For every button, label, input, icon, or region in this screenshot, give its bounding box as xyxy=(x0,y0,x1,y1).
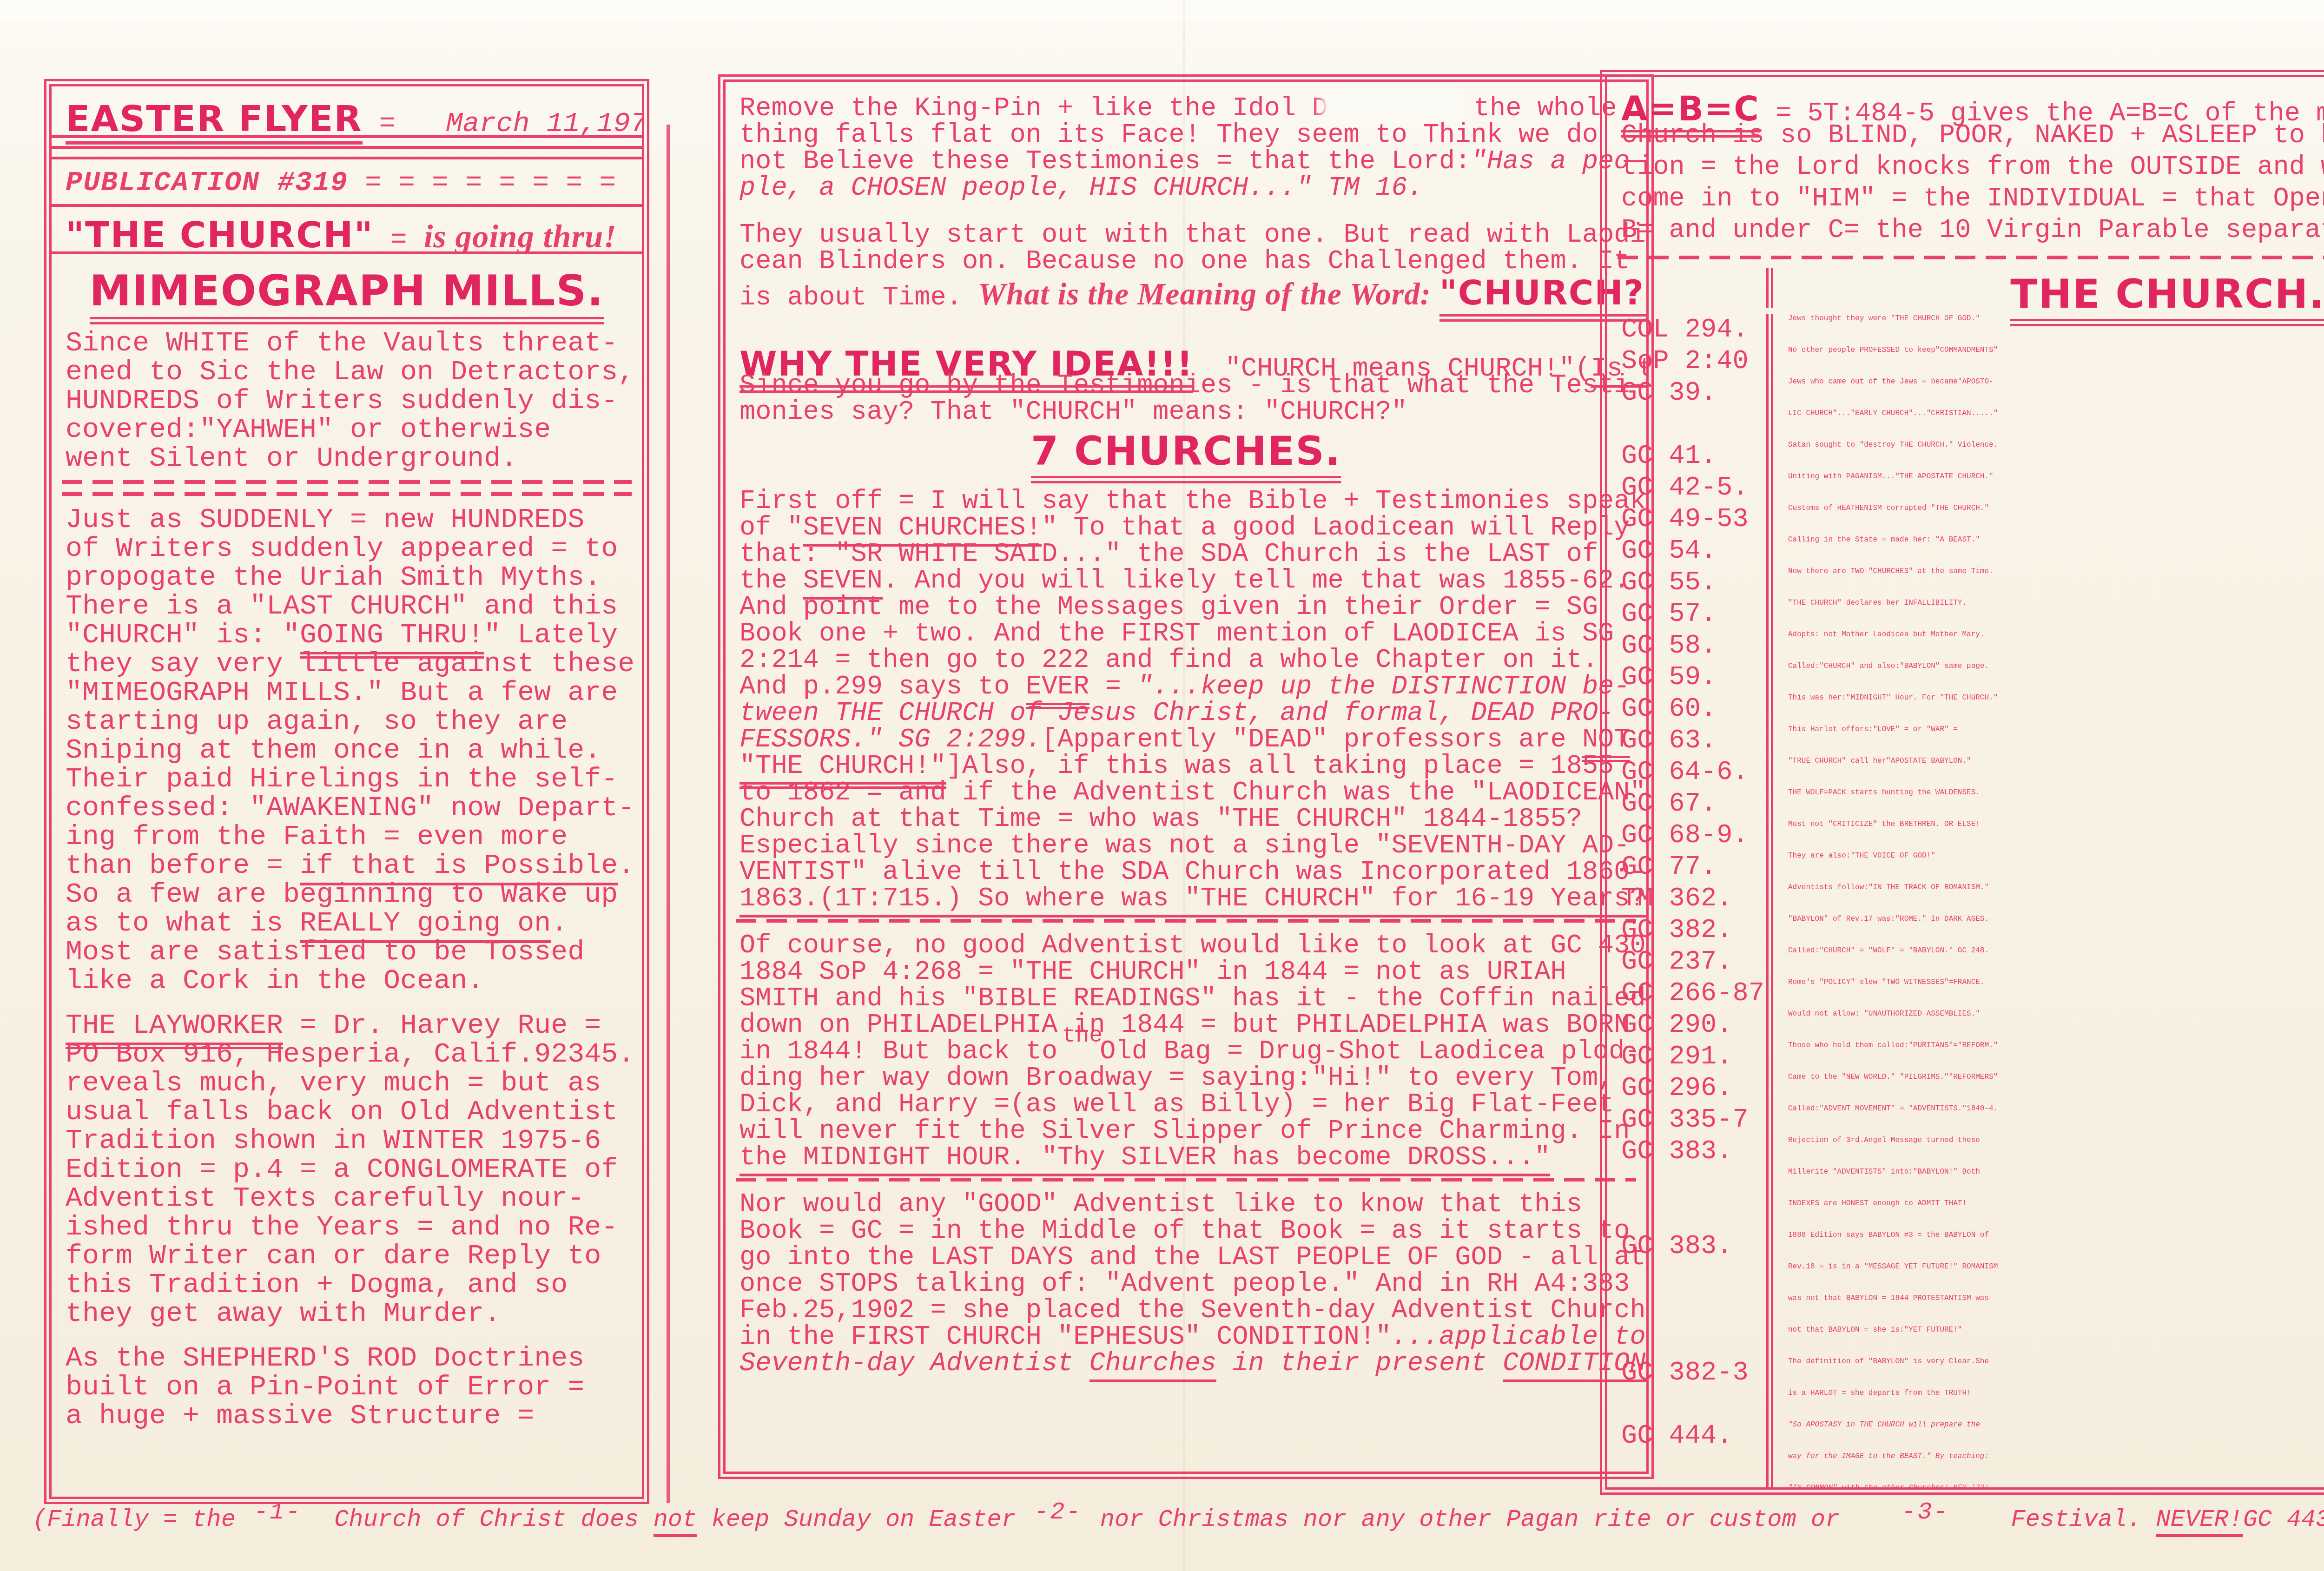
table-row: GC 382-3The definition of "BABYLON" is v… xyxy=(1621,1357,2324,1420)
text-segment: went Silent or Underground. xyxy=(66,443,517,475)
description-cell: Adopts: not Mother Laodicea but Mother M… xyxy=(1766,630,2324,662)
text-segment: They usually start out with that one. Bu… xyxy=(739,220,1654,250)
text-line: Sniping at them once in a while. xyxy=(66,735,628,764)
reference-cell: GC 383. xyxy=(1621,1231,1766,1357)
text-segment: "THE CHURCH" declares her INFALLIBILITY. xyxy=(1788,599,1967,607)
text-segment: of " xyxy=(739,513,803,543)
text-segment: 1863.(1T:715.) So where was "THE CHURCH"… xyxy=(739,884,1646,918)
page-number: -2- xyxy=(1030,1498,1086,1526)
text-line: "So APOSTASY in THE CHURCH will prepare … xyxy=(1788,1420,2324,1452)
text-segment: Adventists follow:"IN THE TRACK OF ROMAN… xyxy=(1788,883,1989,891)
text-segment: is about Time. xyxy=(739,283,978,313)
text-segment: the whole xyxy=(1458,94,1617,124)
text-line: Rome's "POLICY" slew "TWO WITNESSES"=FRA… xyxy=(1788,978,2324,1010)
text-line: Since WHITE of the Vaults threat- xyxy=(66,328,628,356)
text-segment: Came to the "NEW WORLD." "PILGRIMS.""REF… xyxy=(1788,1073,1998,1081)
text-segment: Adventist Texts carefully nour- xyxy=(66,1183,584,1215)
reference-cell: SoP 2:40 xyxy=(1621,346,1766,377)
text-line: usual falls back on Old Adventist xyxy=(66,1096,628,1125)
text-line: Dick, and Harry =(as well as Billy) = he… xyxy=(739,1090,1632,1116)
ruled-line xyxy=(52,204,642,207)
text-line: (Finally = the -1- Church of Christ does… xyxy=(33,1506,2324,1533)
text-line: WHY THE VERY IDEA!!! "CHURCH means CHURC… xyxy=(739,344,1632,371)
text-line: "BABYLON" of Rev.17 was:"ROME." In DARK … xyxy=(1788,915,2324,946)
text-line: of Writers suddenly appeared = to xyxy=(66,533,628,562)
text-segment: covered:"YAHWEH" or otherwise xyxy=(66,414,551,446)
text-segment: FESSORS." SG 2:299. xyxy=(739,725,1042,755)
description-cell: Those who held them called:"PURITANS"="R… xyxy=(1766,1041,2324,1073)
dashed-rule xyxy=(736,1178,1636,1182)
text-segment: Church at that Time = who was "THE CHURC… xyxy=(739,805,1582,834)
paragraph: Just as SUDDENLY = new HUNDREDSof Writer… xyxy=(66,504,628,994)
text-segment: 1884 SoP 4:268 = "THE CHURCH" in 1844 = … xyxy=(739,957,1566,987)
text-line: No other people PROFESSED to keep"COMMAN… xyxy=(1788,346,2324,377)
text-line: HUNDREDS of Writers suddenly dis- xyxy=(66,385,628,414)
text-segment: Millerite "ADVENTISTS" into:"BABYLON!" B… xyxy=(1788,1168,1980,1176)
text-segment: Rome's "POLICY" slew "TWO WITNESSES"=FRA… xyxy=(1788,978,1984,986)
paragraph: Since WHITE of the Vaults threat-ened to… xyxy=(66,328,628,472)
paragraph: Remove the King-Pin + like the Idol D th… xyxy=(739,94,1632,200)
paragraph: They usually start out with that one. Bu… xyxy=(739,220,1632,300)
paragraph: First off = I will say that the Bible + … xyxy=(739,487,1632,911)
text-line: As the SHEPHERD'S ROD Doctrines xyxy=(66,1343,628,1372)
text-segment: Church is so BLIND, POOR, NAKED + ASLEEP… xyxy=(1621,121,2324,151)
text-line: 2:214 = then go to 222 and find a whole … xyxy=(739,646,1632,672)
text-segment: Old Bag = Drug-Shot Laodicea plod- xyxy=(1100,1037,1640,1067)
description-cell: Came to the "NEW WORLD." "PILGRIMS.""REF… xyxy=(1766,1073,2324,1104)
paragraph: WHY THE VERY IDEA!!! "CHURCH means CHURC… xyxy=(739,344,1632,424)
text-line: was not that BABYLON = 1844 PROTESTANTIS… xyxy=(1788,1294,2324,1326)
table-row: GC 57."THE CHURCH" declares her INFALLIB… xyxy=(1621,599,2324,630)
text-segment: Church of Christ does xyxy=(305,1506,654,1533)
text-line: form Writer can or dare Reply to xyxy=(66,1241,628,1269)
text-segment: in the FIRST CHURCH "EPHESUS" CONDITION!… xyxy=(739,1322,1391,1352)
text-line: Since you go by the Testimonies - is tha… xyxy=(739,371,1632,397)
table-row: GC 77.They are also:"THE VOICE OF GOD!" xyxy=(1621,852,2324,883)
table-row: GC 55.Now there are TWO "CHURCHES" at th… xyxy=(1621,567,2324,599)
text-segment: with the other Churches! xyxy=(1837,1484,1954,1492)
text-segment: As the SHEPHERD'S ROD Doctrines xyxy=(66,1343,584,1374)
text-segment: that: "SR WHITE SAID..." the SDA Church … xyxy=(739,540,1598,569)
text-line: "THE CHURCH" declares her INFALLIBILITY. xyxy=(1788,599,2324,630)
table-row: GC 335-7Called:"ADVENT MOVEMENT" = "ADVE… xyxy=(1621,1104,2324,1136)
text-segment: Must not "CRITICIZE" the BRETHREN. OR EL… xyxy=(1788,820,1980,828)
text-line: ple, a CHOSEN people, HIS CHURCH..." TM … xyxy=(739,173,1632,200)
text-line: like a Cork in the Ocean. xyxy=(66,965,628,994)
text-line: Calling in the State = made her: "A BEAS… xyxy=(1788,535,2324,567)
text-segment: SMITH and his "BIBLE READINGS" has it - … xyxy=(739,984,1646,1014)
text-line: Would not allow: "UNAUTHORIZED ASSEMBLIE… xyxy=(1788,1010,2324,1041)
text-line: Jews who came out of the Jews = became"A… xyxy=(1788,377,2324,409)
text-segment: Festival. xyxy=(1953,1506,2156,1533)
text-segment: keep Sunday on Easter xyxy=(697,1506,1030,1533)
text-line: Called:"CHURCH" and also:"BABYLON" same … xyxy=(1788,662,2324,693)
text-line: Those who held them called:"PURITANS"="R… xyxy=(1788,1041,2324,1073)
text-segment: What is the Meaning of the Word: xyxy=(978,277,1439,311)
text-segment: is going thru! xyxy=(424,218,617,255)
text-line: Must not "CRITICIZE" the BRETHREN. OR EL… xyxy=(1788,820,2324,852)
text-segment: usual falls back on Old Adventist xyxy=(66,1096,618,1128)
description-cell: Satan sought to "destroy THE CHURCH." Vi… xyxy=(1766,441,2324,472)
text-segment: in 1844! But back to xyxy=(739,1037,1057,1067)
table-row: GC 63.This Harlot offers:"LOVE" = or "WA… xyxy=(1621,725,2324,757)
reference-cell: GC 335-7 xyxy=(1621,1104,1766,1136)
text-segment: And point me to the Messages given in th… xyxy=(739,593,1598,622)
dashed-rule xyxy=(736,919,1636,923)
text-segment: Rejection of 3rd.Angel Message turned th… xyxy=(1788,1136,1980,1144)
text-segment: "BABYLON" of Rev.17 was:"ROME." In DARK … xyxy=(1788,915,1989,923)
text-segment: Their paid Hirelings in the self- xyxy=(66,764,618,795)
table-row: GC 382."BABYLON" of Rev.17 was:"ROME." I… xyxy=(1621,915,2324,946)
text-line: SMITH and his "BIBLE READINGS" has it - … xyxy=(739,984,1632,1010)
text-segment: reveals much, very much = but as xyxy=(66,1068,601,1099)
text-line: Church at that Time = who was "THE CHURC… xyxy=(739,805,1632,831)
text-line: Church is so BLIND, POOR, NAKED + ASLEEP… xyxy=(1621,121,2324,152)
text-segment: was not that BABYLON = 1844 PROTESTANTIS… xyxy=(1788,1294,1989,1302)
text-segment: will never fit the Silver Slipper of Pri… xyxy=(739,1116,1630,1146)
text-line: way for the IMAGE to the BEAST." By teac… xyxy=(1788,1452,2324,1484)
reference-cell: GC 290. xyxy=(1621,1010,1766,1041)
text-line: once STOPS talking of: "Advent people." … xyxy=(739,1269,1632,1296)
description-cell: "THE CHURCH" declares her INFALLIBILITY. xyxy=(1766,599,2324,630)
text-segment: Book one + two. And the FIRST mention of… xyxy=(739,619,1614,649)
text-line: Book = GC = in the Middle of that Book =… xyxy=(739,1216,1632,1243)
text-line: THE CHURCH. xyxy=(1788,271,2324,303)
text-segment: There is a "LAST CHURCH" and this xyxy=(66,591,618,622)
text-segment: No other people PROFESSED to keep"COMMAN… xyxy=(1788,346,1998,354)
text-line: ished thru the Years = and no Re- xyxy=(66,1212,628,1241)
text-segment: . And you will likely tell me that was 1… xyxy=(883,566,1630,596)
text-segment: form Writer can or dare Reply to xyxy=(66,1241,601,1272)
reference-cell: GC 64-6. xyxy=(1621,757,1766,788)
table-row: TM 362.Adventists follow:"IN THE TRACK O… xyxy=(1621,883,2324,915)
text-line: to 1862 = and if the Adventist Church wa… xyxy=(739,778,1632,805)
text-segment: built on a Pin-Point of Error = xyxy=(66,1372,584,1403)
reference-cell: GC 382-3 xyxy=(1621,1357,1766,1420)
description-cell: Rejection of 3rd.Angel Message turned th… xyxy=(1766,1136,2324,1231)
text-segment: not xyxy=(654,1506,697,1537)
reference-cell: GC 444. xyxy=(1621,1420,1766,1484)
text-line: Nor would any "GOOD" Adventist like to k… xyxy=(739,1190,1632,1216)
reference-cell: GC 68-9. xyxy=(1621,820,1766,852)
text-segment: the xyxy=(1062,1023,1103,1049)
text-line: than before = if that is Possible. xyxy=(66,850,628,879)
text-line: PUBLICATION #319 = = = = = = = = xyxy=(66,167,628,196)
page-number: -3- xyxy=(1898,1498,1953,1526)
text-segment: = xyxy=(363,108,446,140)
text-segment: And p.299 says to xyxy=(739,672,1026,702)
text-line: they say very little against these xyxy=(66,648,628,677)
text-segment: 7 CHURCHES. xyxy=(1031,429,1341,483)
table-row: GC 444."So APOSTASY in THE CHURCH will p… xyxy=(1621,1420,2324,1484)
description-cell: Jews thought they were "THE CHURCH OF GO… xyxy=(1766,314,2324,346)
text-line: A=B=C = 5T:484-5 gives the A=B=C of the … xyxy=(1621,89,2324,121)
description-cell: Adventists follow:"IN THE TRACK OF ROMAN… xyxy=(1766,883,2324,915)
description-cell: Must not "CRITICIZE" the BRETHREN. OR EL… xyxy=(1766,820,2324,852)
text-line: Adopts: not Mother Laodicea but Mother M… xyxy=(1788,630,2324,662)
text-line: tion = the Lord knocks from the OUTSIDE … xyxy=(1621,152,2324,184)
description-cell: "BABYLON" of Rev.17 was:"ROME." In DARK … xyxy=(1766,915,2324,946)
text-segment: they get away with Murder. xyxy=(66,1298,501,1330)
text-line: The definition of "BABYLON" is very Clea… xyxy=(1788,1357,2324,1389)
text-segment: of Writers suddenly appeared = to xyxy=(66,533,618,565)
text-segment: First off = I will say that the Bible + … xyxy=(739,487,1646,516)
text-line: VENTIST" alive till the SDA Church was I… xyxy=(739,858,1632,884)
text-segment: "MIMEOGRAPH MILLS." But a few are xyxy=(66,677,618,709)
text-segment: ]Also, if this was all taking place = 18… xyxy=(946,752,1614,781)
text-segment: to 1862 = and if the Adventist Church wa… xyxy=(739,778,1646,808)
text-line: ened to Sic the Law on Detractors, xyxy=(66,356,628,385)
text-segment: down on PHILADELPHIA in 1844 = but PHILA… xyxy=(739,1010,1630,1040)
table-row: GC 60.This was her:"MIDNIGHT" Hour. For … xyxy=(1621,693,2324,725)
table-row: COL 294.Jews thought they were "THE CHUR… xyxy=(1621,314,2324,346)
text-segment: Called:"CHURCH" and also:"BABYLON" same … xyxy=(1788,662,1989,670)
text-line: the SEVEN. And you will likely tell me t… xyxy=(739,566,1632,593)
text-line: come in to "HIM" = the INDIVIDUAL = that… xyxy=(1621,184,2324,216)
text-line: will never fit the Silver Slipper of Pri… xyxy=(739,1116,1632,1143)
text-segment: go into the LAST DAYS and the LAST PEOPL… xyxy=(739,1243,1646,1273)
text-segment: Those who held them called:"PURITANS"="R… xyxy=(1788,1041,1998,1050)
text-segment: Feb.25,1902 = she placed the Seventh-day… xyxy=(739,1296,1646,1326)
text-line: go into the LAST DAYS and the LAST PEOPL… xyxy=(739,1243,1632,1269)
text-segment: Satan sought to "destroy THE CHURCH." Vi… xyxy=(1788,441,1998,449)
table-row: GC 296.Came to the "NEW WORLD." "PILGRIM… xyxy=(1621,1073,2324,1104)
table-row: GC 445."IN COMMON" with the other Church… xyxy=(1621,1484,2324,1495)
description-cell: "IN COMMON" with the other Churches! KEY… xyxy=(1766,1484,2324,1495)
description-cell: THE WOLF=PACK starts hunting the WALDENS… xyxy=(1766,788,2324,820)
text-segment: confessed: "AWAKENING" now Depart- xyxy=(66,792,634,824)
text-line: down on PHILADELPHIA in 1844 = but PHILA… xyxy=(739,1010,1632,1037)
paragraph: Of course, no good Adventist would like … xyxy=(739,931,1632,1169)
table-row: GC 383.1888 Edition says BABYLON #3 = th… xyxy=(1621,1231,2324,1357)
text-line: they get away with Murder. xyxy=(66,1298,628,1327)
text-line: this Tradition + Dogma, and so xyxy=(66,1269,628,1298)
text-line: Most are satisfied to be Tossed xyxy=(66,937,628,965)
text-segment: tween THE CHURCH of Jesus Christ, and fo… xyxy=(739,699,1614,728)
text-line: 1888 Edition says BABYLON #3 = the BABYL… xyxy=(1788,1231,2324,1262)
text-line: covered:"YAHWEH" or otherwise xyxy=(66,414,628,443)
table-row: GC 39.Jews who came out of the Jews = be… xyxy=(1621,377,2324,441)
text-line: And point me to the Messages given in th… xyxy=(739,593,1632,619)
text-segment: KEY '73! xyxy=(1953,1484,1989,1495)
reference-table: THE CHURCH.COL 294.Jews thought they wer… xyxy=(1621,268,2324,1495)
text-line: Adventists follow:"IN THE TRACK OF ROMAN… xyxy=(1788,883,2324,915)
text-segment: "CHURCH" is: " xyxy=(66,620,300,651)
text-line: 7 CHURCHES. xyxy=(739,424,1632,487)
text-segment: monies say? That "CHURCH" means: "CHURCH… xyxy=(739,397,1407,427)
text-line: Rejection of 3rd.Angel Message turned th… xyxy=(1788,1136,2324,1168)
table-header-row: THE CHURCH. xyxy=(1621,268,2324,308)
text-line: THE WOLF=PACK starts hunting the WALDENS… xyxy=(1788,788,2324,820)
text-segment: tion = the Lord knocks from the OUTSIDE … xyxy=(1621,152,2324,182)
text-line: Now there are TWO "CHURCHES" at the same… xyxy=(1788,567,2324,599)
text-segment: B= and under C= the 10 Virgin Parable se… xyxy=(1621,216,2324,245)
text-line: "MIMEOGRAPH MILLS." But a few are xyxy=(66,677,628,706)
text-segment: the xyxy=(739,566,803,596)
text-segment: ened to Sic the Law on Detractors, xyxy=(66,356,634,388)
text-line: Satan sought to "destroy THE CHURCH." Vi… xyxy=(1788,441,2324,472)
text-segment: this Tradition + Dogma, and so xyxy=(66,1269,568,1301)
text-segment: Most are satisfied to be Tossed xyxy=(66,937,584,968)
text-segment: PO Box 916, Hesperia, Calif.92345. xyxy=(66,1039,634,1070)
text-line: 1863.(1T:715.) So where was "THE CHURCH"… xyxy=(739,884,1632,911)
reference-cell: GC 266-87 xyxy=(1621,978,1766,1010)
reference-cell: COL 294. xyxy=(1621,314,1766,346)
text-line: Just as SUDDENLY = new HUNDREDS xyxy=(66,504,628,533)
text-line: Of course, no good Adventist would like … xyxy=(739,931,1632,957)
paragraph: EASTER FLYER = March 11,1976. xyxy=(66,99,628,127)
text-line: Called:"ADVENT MOVEMENT" = "ADVENTISTS."… xyxy=(1788,1104,2324,1136)
reference-cell: GC 237. xyxy=(1621,946,1766,978)
text-line: Uniting with PAGANISM..."THE APOSTATE CH… xyxy=(1788,472,2324,504)
text-segment: they say very little against these xyxy=(66,648,634,680)
paragraph: A=B=C = 5T:484-5 gives the A=B=C of the … xyxy=(1621,89,2324,247)
reference-cell xyxy=(1621,268,1766,308)
text-line: as to what is REALLY going on. xyxy=(66,908,628,937)
text-segment: ished thru the Years = and no Re- xyxy=(66,1212,618,1243)
text-line: FESSORS." SG 2:299.[Apparently "DEAD" pr… xyxy=(739,725,1632,752)
description-cell: Customs of HEATHENISM corrupted "THE CHU… xyxy=(1766,504,2324,535)
text-segment: not Believe these Testimonies = that the… xyxy=(739,147,1471,177)
text-segment: Of course, no good Adventist would like … xyxy=(739,931,1646,961)
description-cell: The definition of "BABYLON" is very Clea… xyxy=(1766,1357,2324,1420)
reference-cell: GC 445. xyxy=(1621,1484,1766,1495)
text-segment: " To that a good Laodicean will Reply xyxy=(1042,513,1630,543)
text-segment: = xyxy=(1089,672,1137,702)
text-segment: The definition of "BABYLON" is very Clea… xyxy=(1788,1357,1989,1366)
text-segment: TM 16. xyxy=(1328,173,1423,203)
text-segment: thing falls flat on its Face! They seem … xyxy=(739,120,1598,150)
paragraph: "THE CHURCH" = is going thru! xyxy=(66,215,628,244)
text-segment: Called:"ADVENT MOVEMENT" = "ADVENTISTS."… xyxy=(1788,1104,1998,1113)
table-row: GC 237.Called:"CHURCH" = "WOLF" = "BABYL… xyxy=(1621,946,2324,978)
text-line: confessed: "AWAKENING" now Depart- xyxy=(66,792,628,821)
text-segment: a huge + massive Structure = xyxy=(66,1400,534,1432)
text-segment: . xyxy=(618,850,634,882)
text-segment: nor Christmas nor any other Pagan rite o… xyxy=(1086,1506,1898,1533)
text-line: built on a Pin-Point of Error = xyxy=(66,1372,628,1400)
text-segment: This was her:"MIDNIGHT" Hour. For "THE C… xyxy=(1788,693,1998,702)
text-segment: "So APOSTASY in THE CHURCH will prepare … xyxy=(1788,1420,1980,1429)
text-segment: EASTER FLYER xyxy=(66,99,363,145)
text-segment: HUNDREDS of Writers suddenly dis- xyxy=(66,385,618,417)
heading: 7 CHURCHES. xyxy=(739,424,1632,487)
text-segment: . xyxy=(551,908,568,939)
text-line: Especially since there was not a single … xyxy=(739,831,1632,858)
text-line: Called:"CHURCH" = "WOLF" = "BABYLON." GC… xyxy=(1788,946,2324,978)
description-cell: 1888 Edition says BABYLON #3 = the BABYL… xyxy=(1766,1231,2324,1357)
text-segment: They are also:"THE VOICE OF GOD!" xyxy=(1788,852,1935,860)
text-line: Customs of HEATHENISM corrupted "THE CHU… xyxy=(1788,504,2324,535)
table-row: GC 41.Satan sought to "destroy THE CHURC… xyxy=(1621,441,2324,472)
text-line: "THE CHURCH!"]Also, if this was all taki… xyxy=(739,752,1632,778)
text-segment xyxy=(1312,173,1327,203)
text-segment: Especially since there was not a single … xyxy=(739,831,1630,861)
text-segment: LIC CHURCH"..."EARLY CHURCH"..."CHRISTIA… xyxy=(1788,409,1998,417)
text-segment: not that BABYLON = she is:"YET FUTURE!" xyxy=(1788,1326,1962,1334)
text-segment: Dick, and Harry =(as well as Billy) = he… xyxy=(739,1090,1614,1120)
description-cell: Would not allow: "UNAUTHORIZED ASSEMBLIE… xyxy=(1766,1010,2324,1041)
table-row: SoP 2:40No other people PROFESSED to kee… xyxy=(1621,346,2324,377)
text-line: thing falls flat on its Face! They seem … xyxy=(739,120,1632,147)
text-line: There is a "LAST CHURCH" and this xyxy=(66,591,628,620)
reference-cell: GC 41. xyxy=(1621,441,1766,472)
reference-cell: GC 54. xyxy=(1621,535,1766,567)
reference-cell: GC 60. xyxy=(1621,693,1766,725)
text-segment: Now there are TWO "CHURCHES" at the same… xyxy=(1788,567,1994,575)
text-line: And p.299 says to EVER = "...keep up the… xyxy=(739,672,1632,699)
reference-cell: GC 58. xyxy=(1621,630,1766,662)
table-row: GC 54.Calling in the State = made her: "… xyxy=(1621,535,2324,567)
reference-cell: GC 55. xyxy=(1621,567,1766,599)
text-line: "IN COMMON" with the other Churches! KEY… xyxy=(1788,1484,2324,1495)
text-segment: Since you go by the Testimonies - is tha… xyxy=(739,371,1646,401)
text-segment: [Apparently "DEAD" professors are xyxy=(1042,725,1582,755)
paragraph: THE LAYWORKER = Dr. Harvey Rue =PO Box 9… xyxy=(66,1010,628,1327)
text-segment: Uniting with PAGANISM..."THE APOSTATE CH… xyxy=(1788,472,1994,481)
reference-cell: GC 296. xyxy=(1621,1073,1766,1104)
table-row: GC 67.THE WOLF=PACK starts hunting the W… xyxy=(1621,788,2324,820)
table-row: GC 59.Called:"CHURCH" and also:"BABYLON"… xyxy=(1621,662,2324,693)
text-segment: GC 443) xyxy=(2243,1506,2324,1533)
reference-cell: TM 362. xyxy=(1621,883,1766,915)
flyer-page: EASTER FLYER = March 11,1976.PUBLICATION… xyxy=(0,0,2324,1571)
text-line: ing from the Faith = even more xyxy=(66,821,628,850)
text-segment: propogate the Uriah Smith Myths. xyxy=(66,562,601,594)
whiteout-patch xyxy=(1328,96,1458,121)
text-segment: starting up again, so they are xyxy=(66,706,568,738)
text-segment: "IN COMMON" xyxy=(1788,1484,1837,1495)
text-segment: 2:214 = then go to 222 and find a whole … xyxy=(739,646,1598,675)
text-line: Remove the King-Pin + like the Idol D th… xyxy=(739,94,1632,120)
text-line: Seventh-day Adventist Churches in their … xyxy=(739,1349,1632,1375)
text-segment: Remove the King-Pin + like the Idol D xyxy=(739,94,1328,124)
text-line: in the FIRST CHURCH "EPHESUS" CONDITION!… xyxy=(739,1322,1632,1349)
reference-cell: GC 59. xyxy=(1621,662,1766,693)
text-line: MIMEOGRAPH MILLS. xyxy=(66,262,628,328)
text-segment: = = = = = = = = xyxy=(348,167,616,199)
paragraph: Nor would any "GOOD" Adventist like to k… xyxy=(739,1190,1632,1375)
text-segment: Tradition shown in WINTER 1975-6 xyxy=(66,1125,601,1157)
text-line: reveals much, very much = but as xyxy=(66,1068,628,1096)
reference-cell: GC 42-5. xyxy=(1621,472,1766,504)
text-segment: "...keep up the DISTINCTION be- xyxy=(1137,672,1630,702)
text-line: starting up again, so they are xyxy=(66,706,628,735)
table-row: GC 64-6."TRUE CHURCH" call her"APOSTATE … xyxy=(1621,757,2324,788)
text-line: THE LAYWORKER = Dr. Harvey Rue = xyxy=(66,1010,628,1039)
text-line: 1884 SoP 4:268 = "THE CHURCH" in 1844 = … xyxy=(739,957,1632,984)
heading: MIMEOGRAPH MILLS. xyxy=(66,262,628,328)
text-segment: way for the IMAGE to the BEAST." By teac… xyxy=(1788,1452,1989,1460)
text-segment: Would not allow: "UNAUTHORIZED ASSEMBLIE… xyxy=(1788,1010,1980,1018)
text-line: First off = I will say that the Bible + … xyxy=(739,487,1632,513)
text-line: in 1844! But back totheOld Bag = Drug-Sh… xyxy=(739,1037,1632,1063)
text-line: a huge + massive Structure = xyxy=(66,1400,628,1429)
description-cell: "So APOSTASY in THE CHURCH will prepare … xyxy=(1766,1420,2324,1484)
text-line: INDEXES are HONEST enough to ADMIT THAT! xyxy=(1788,1199,2324,1231)
reference-cell: GC 67. xyxy=(1621,788,1766,820)
text-segment: as to what is xyxy=(66,908,300,939)
text-segment: is a HARLOT = she departs from the TRUTH… xyxy=(1788,1389,1971,1397)
text-line: LIC CHURCH"..."EARLY CHURCH"..."CHRISTIA… xyxy=(1788,409,2324,441)
text-line: "THE CHURCH" = is going thru! xyxy=(66,215,628,244)
text-segment: ing from the Faith = even more xyxy=(66,821,568,853)
description-cell: THE CHURCH. xyxy=(1766,268,2324,308)
text-line: PO Box 916, Hesperia, Calif.92345. xyxy=(66,1039,628,1068)
description-cell: They are also:"THE VOICE OF GOD!" xyxy=(1766,852,2324,883)
reference-cell: GC 383. xyxy=(1621,1136,1766,1231)
reference-cell: GC 63. xyxy=(1621,725,1766,757)
